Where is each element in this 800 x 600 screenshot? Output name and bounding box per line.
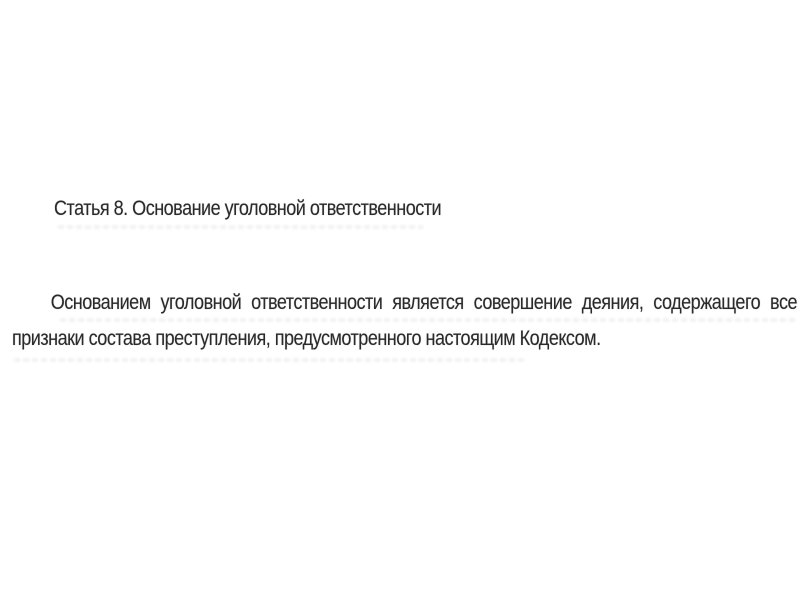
article-title: Статья 8. Основание уголовной ответствен… (54, 197, 441, 221)
paragraph-line-1: Основанием уголовной ответственности явл… (12, 285, 797, 321)
line2-underline-artifact (14, 358, 524, 362)
title-underline-artifact (58, 225, 423, 229)
line1-underline-artifact (60, 318, 795, 322)
paragraph-line-2: признаки состава преступления, предусмот… (12, 321, 687, 357)
document-page: Статья 8. Основание уголовной ответствен… (0, 0, 800, 600)
